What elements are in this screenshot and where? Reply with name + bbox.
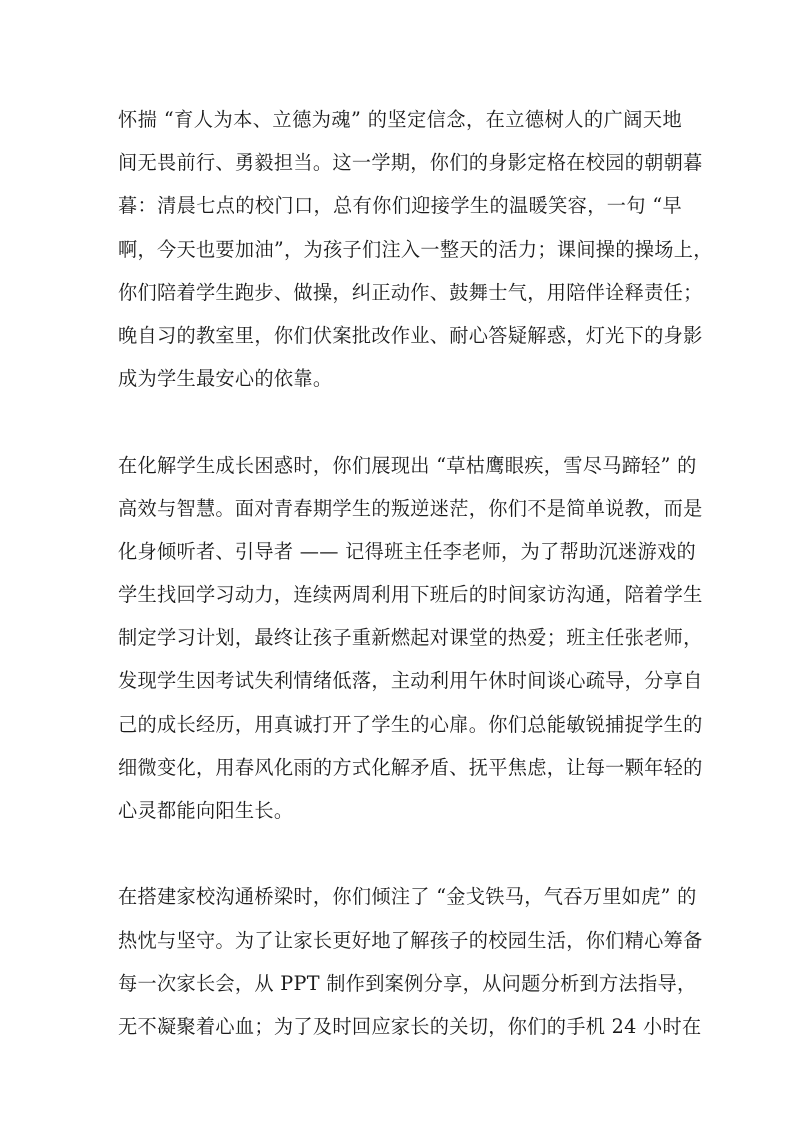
text-line: 无不凝聚着心血；为了及时回应家长的关切，你们的手机 24 小时在 (118, 1005, 682, 1048)
paragraph-2: 在化解学生成长困惑时，你们展现出 “草枯鹰眼疾，雪尽马蹄轻” 的 高效与智慧。面… (118, 444, 682, 833)
text-line: 啊，今天也要加油”，为孩子们注入一整天的活力；课间操的操场上， (118, 228, 682, 271)
text-line: 制定学习计划，最终让孩子重新燃起对课堂的热爱；班主任张老师， (118, 616, 682, 659)
text-line: 在搭建家校沟通桥梁时，你们倾注了 “金戈铁马，气吞万里如虎” 的 (118, 875, 682, 918)
text-line: 心灵都能向阳生长。 (118, 789, 682, 832)
paragraph-3: 在搭建家校沟通桥梁时，你们倾注了 “金戈铁马，气吞万里如虎” 的 热忱与坚守。为… (118, 875, 682, 1048)
text-line: 间无畏前行、勇毅担当。这一学期，你们的身影定格在校园的朝朝暮 (118, 141, 682, 184)
text-line: 化身倾听者、引导者 —— 记得班主任李老师，为了帮助沉迷游戏的 (118, 530, 682, 573)
text-line: 暮：清晨七点的校门口，总有你们迎接学生的温暖笑容，一句 “早 (118, 184, 682, 227)
paragraph-1: 怀揣 “育人为本、立德为魂” 的坚定信念，在立德树人的广阔天地 间无畏前行、勇毅… (118, 98, 682, 400)
text-line: 在化解学生成长困惑时，你们展现出 “草枯鹰眼疾，雪尽马蹄轻” 的 (118, 444, 682, 487)
text-line: 学生找回学习动力，连续两周利用下班后的时间家访沟通，陪着学生 (118, 573, 682, 616)
text-line: 成为学生最安心的依靠。 (118, 357, 682, 400)
text-line: 热忱与坚守。为了让家长更好地了解孩子的校园生活，你们精心筹备 (118, 919, 682, 962)
text-line: 晚自习的教室里，你们伏案批改作业、耐心答疑解惑，灯光下的身影 (118, 314, 682, 357)
document-page: 怀揣 “育人为本、立德为魂” 的坚定信念，在立德树人的广阔天地 间无畏前行、勇毅… (118, 98, 682, 1048)
text-line: 怀揣 “育人为本、立德为魂” 的坚定信念，在立德树人的广阔天地 (118, 98, 682, 141)
paragraph-spacer (118, 832, 682, 875)
text-line: 你们陪着学生跑步、做操，纠正动作、鼓舞士气，用陪伴诠释责任； (118, 271, 682, 314)
text-line: 高效与智慧。面对青春期学生的叛逆迷茫，你们不是简单说教，而是 (118, 487, 682, 530)
text-line: 每一次家长会，从 PPT 制作到案例分享，从问题分析到方法指导， (118, 962, 682, 1005)
text-line: 细微变化，用春风化雨的方式化解矛盾、抚平焦虑，让每一颗年轻的 (118, 746, 682, 789)
paragraph-spacer (118, 400, 682, 443)
text-line: 发现学生因考试失利情绪低落，主动利用午休时间谈心疏导，分享自 (118, 659, 682, 702)
text-line: 己的成长经历，用真诚打开了学生的心扉。你们总能敏锐捕捉学生的 (118, 703, 682, 746)
